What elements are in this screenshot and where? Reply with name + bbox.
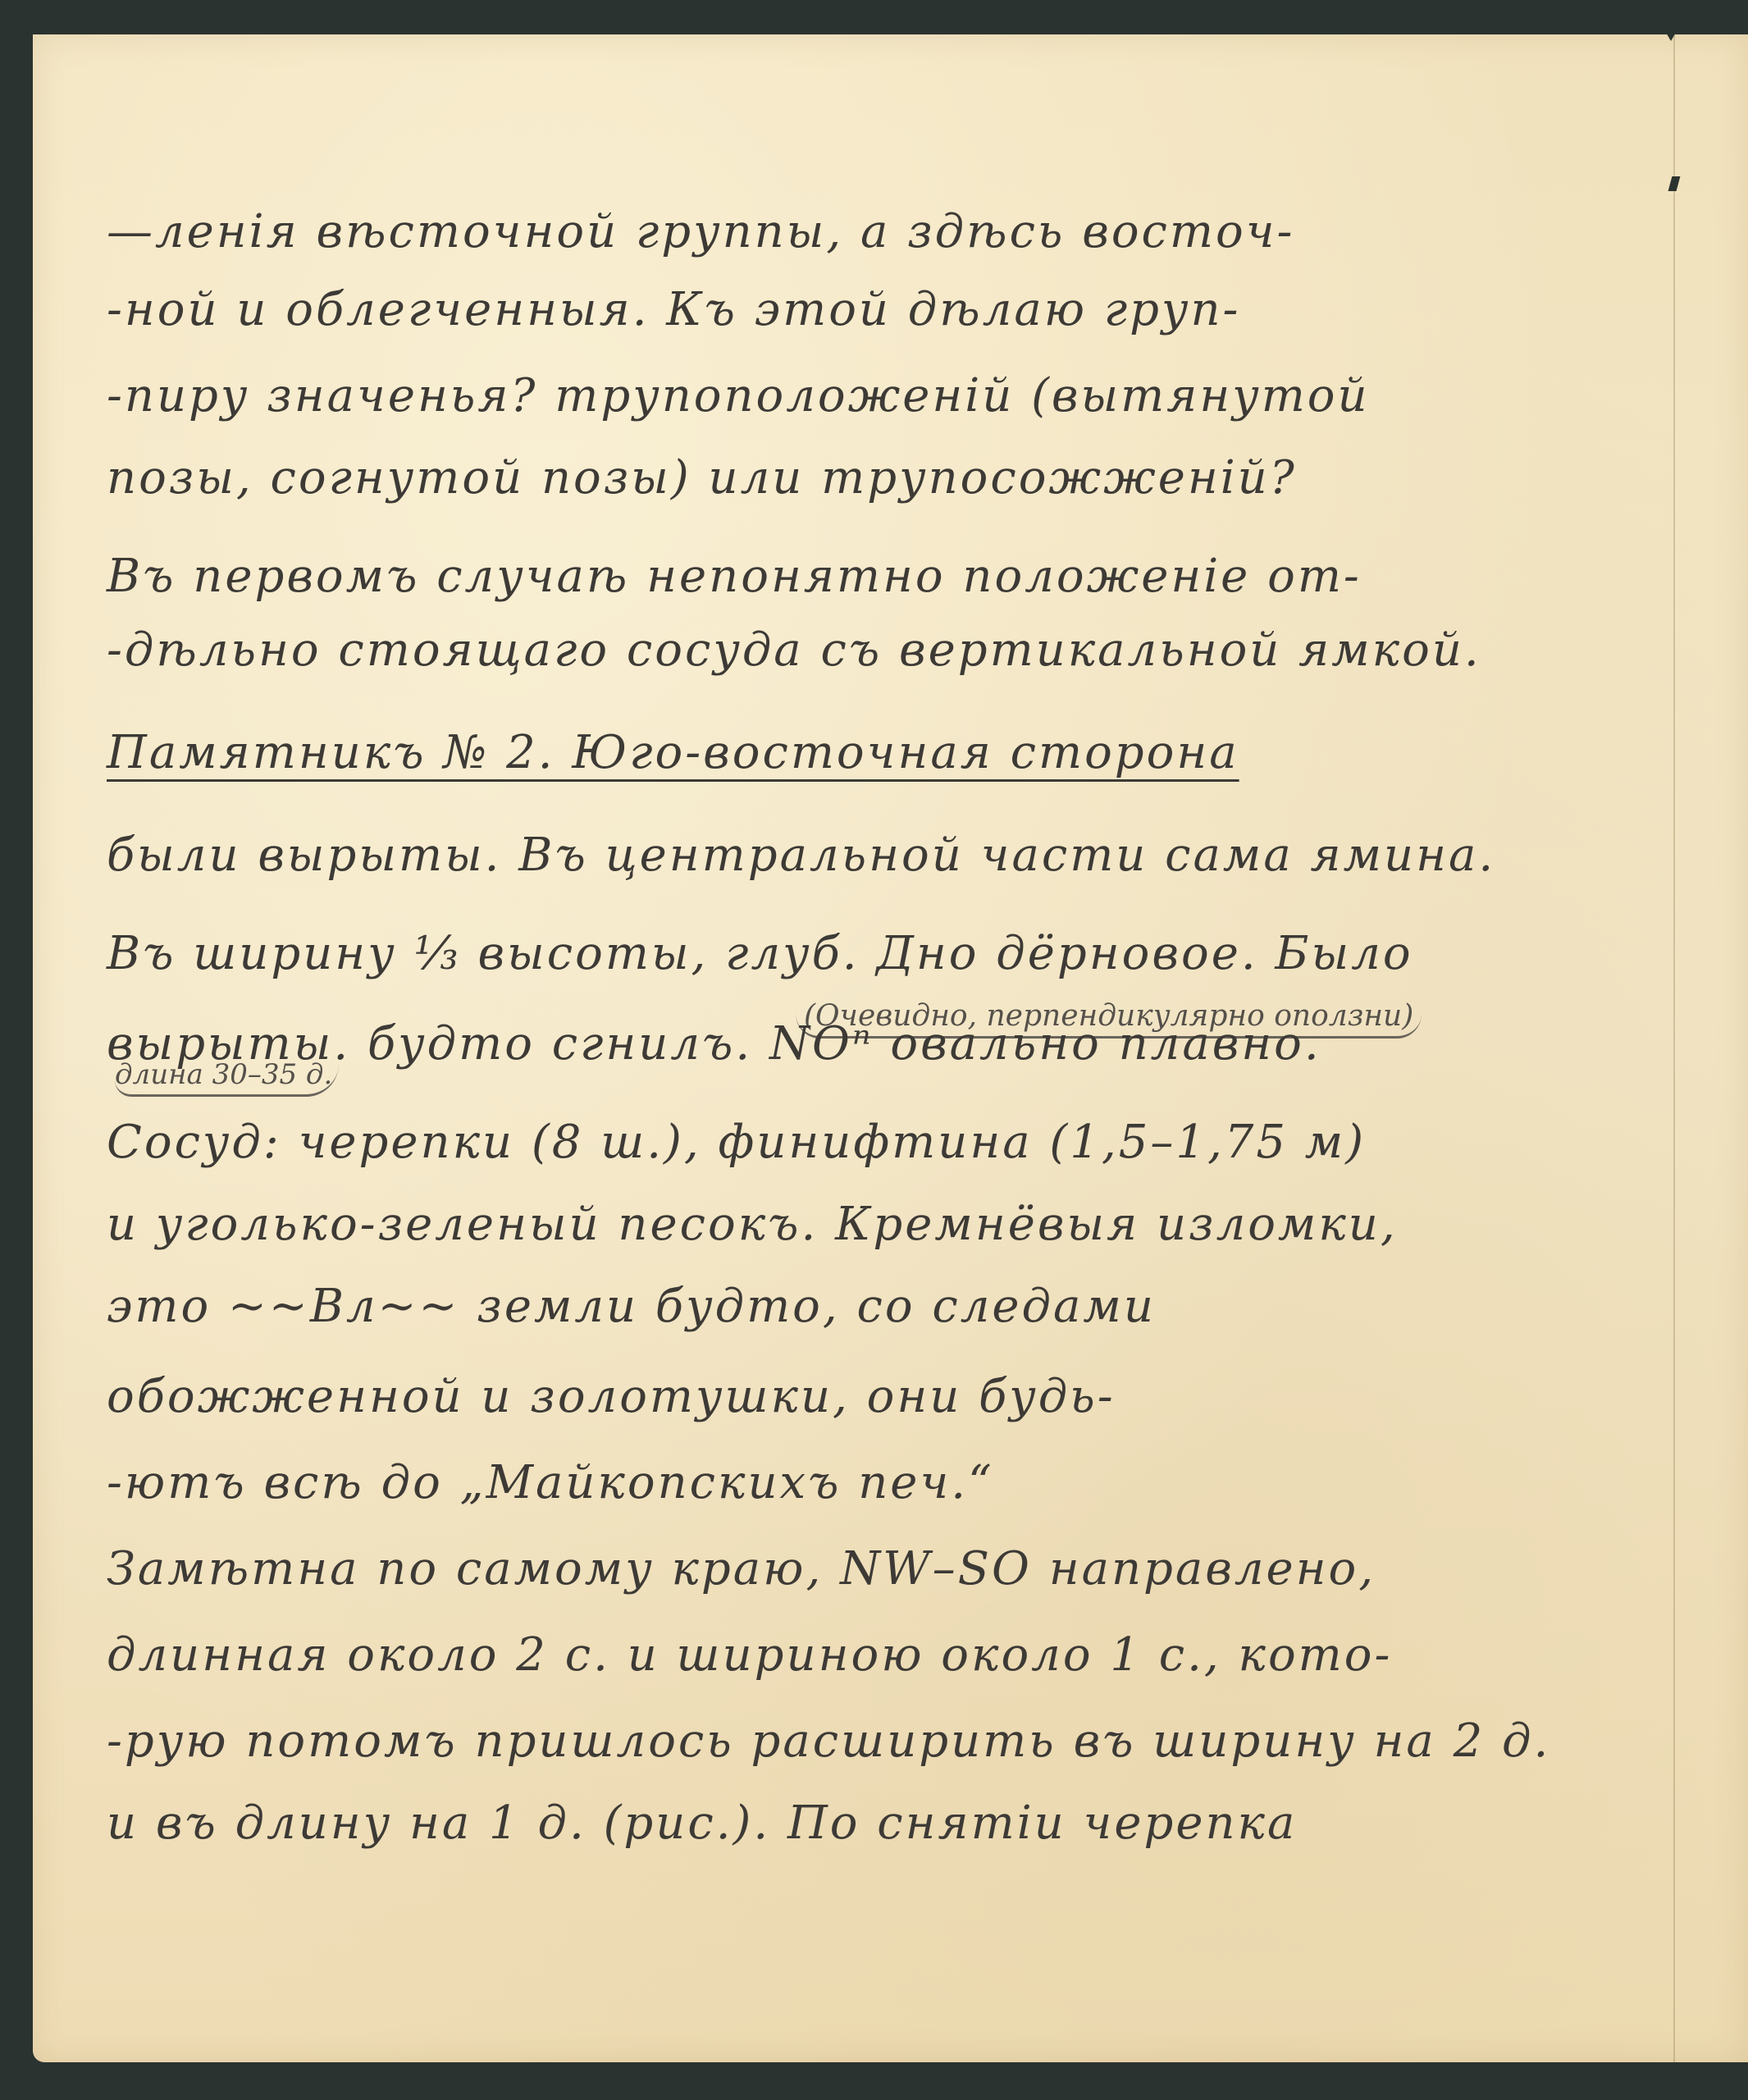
text-line: Сосуд: черепки (8 ш.), финифтина (1,5–1,… — [107, 1116, 1366, 1169]
text-line: это ~~Вл~~ земли будто, со следами — [107, 1280, 1156, 1333]
section-heading-line: Памятникъ № 2. Юго-восточная сторона — [107, 726, 1239, 779]
text-line: длинная около 2 с. и шириною около 1 с.,… — [107, 1628, 1392, 1682]
text-line: -рую потомъ пришлось расширить въ ширину… — [107, 1714, 1550, 1768]
text-line: Въ первомъ случаѣ непонятно положеніе от… — [107, 550, 1362, 603]
text-line: -пиру значенья? трупоположеній (вытянуто… — [107, 369, 1370, 422]
text-line: позы, согнутой позы) или трупосожженій? — [107, 451, 1297, 504]
text-line: были вырыты. Въ центральной части сама я… — [107, 829, 1495, 882]
text-line: -дѣльно стоящаго сосуда съ вертикальной … — [107, 623, 1481, 677]
text-line: Замѣтна по самому краю, NW–SO направлено… — [107, 1542, 1376, 1596]
text-line: обожженной и золотушки, они будь- — [107, 1370, 1116, 1423]
page-fold-crease — [1673, 34, 1675, 2062]
text-line: —ленія вѣсточной группы, а здѣсь восточ- — [107, 205, 1294, 258]
scan-background: —ленія вѣсточной группы, а здѣсь восточ-… — [0, 0, 1748, 2100]
text-line: и уголько-зеленый песокъ. Кремнёвыя изло… — [107, 1198, 1398, 1251]
interlinear-note: длина 30–35 д. — [115, 1058, 339, 1097]
text-line: -ной и облегченныя. Къ этой дѣлаю груп- — [107, 283, 1240, 336]
text-line: и въ длину на 1 д. (рис.). По снятіи чер… — [107, 1796, 1297, 1850]
text-line: -ютъ всѣ до „Майкопскихъ печ.“ — [107, 1456, 994, 1509]
text-line: Въ ширину ⅓ высоты, глуб. Дно дёрновое. … — [107, 927, 1413, 980]
